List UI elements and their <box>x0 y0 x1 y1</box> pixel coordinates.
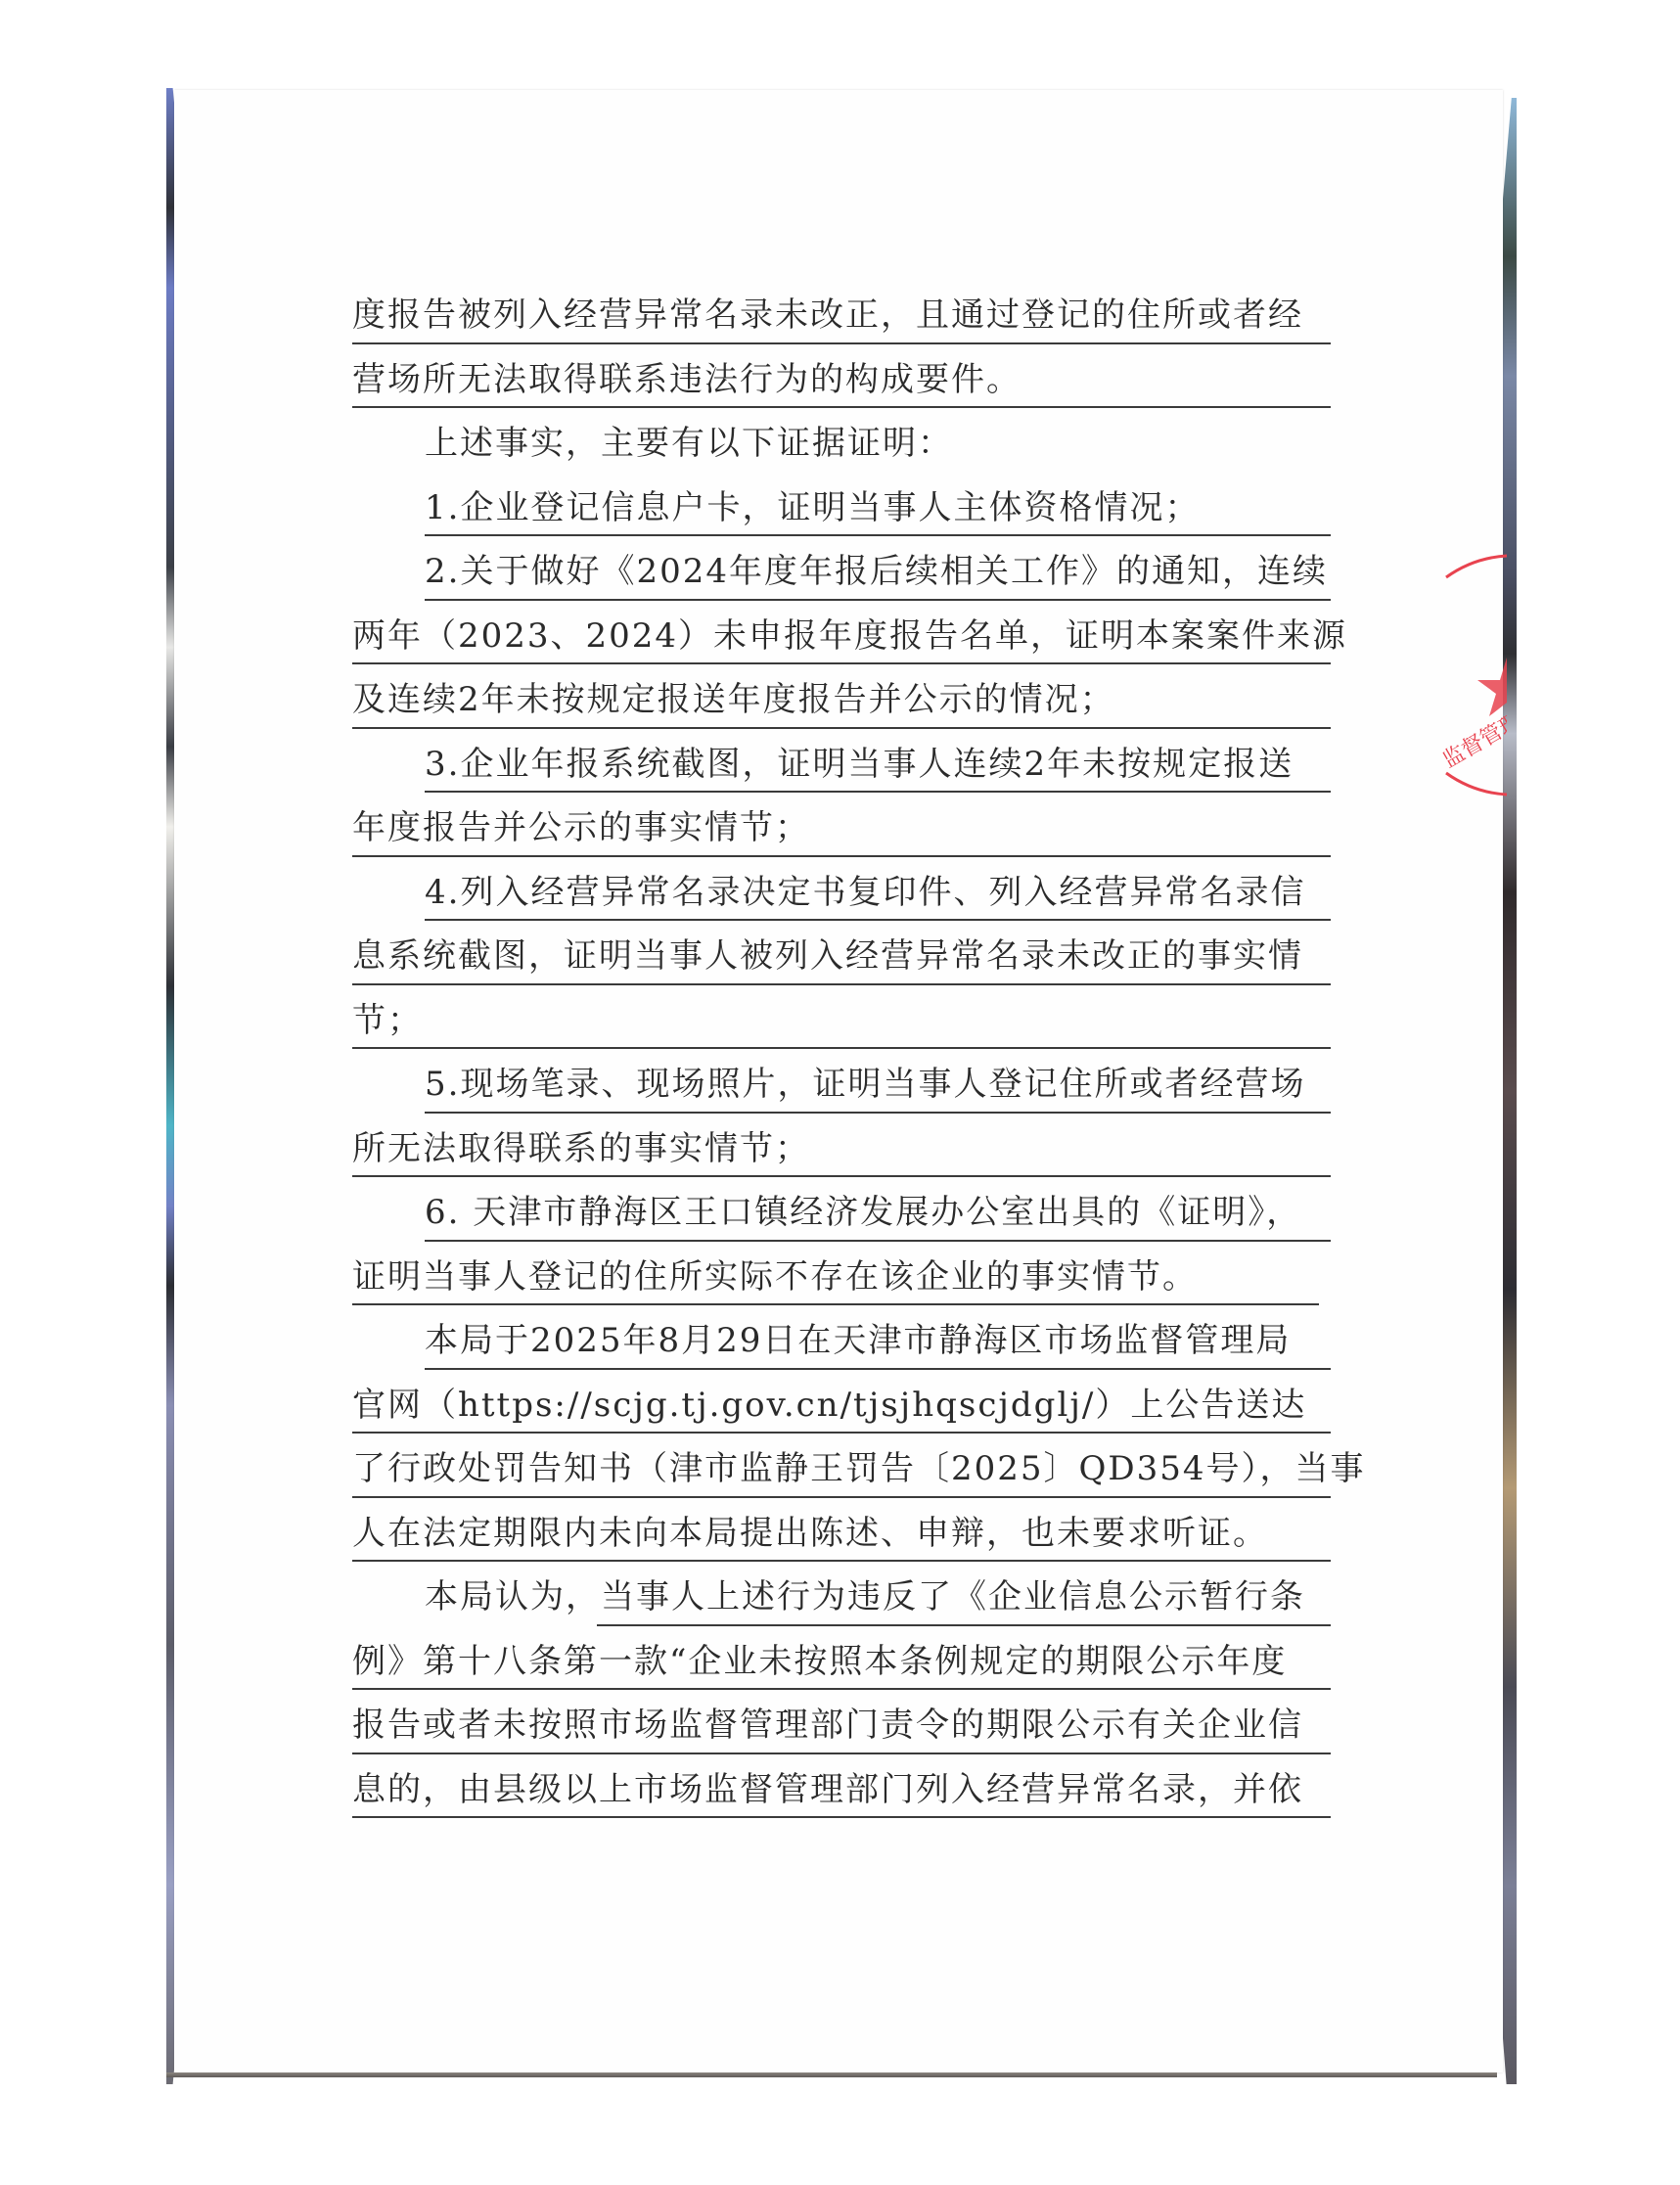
body-line-1: 度报告被列入经营异常名录未改正，且通过登记的住所或者经 <box>352 294 1331 358</box>
evidence-item-4-cont: 息系统截图，证明当事人被列入经营异常名录未改正的事实情 <box>352 934 1331 999</box>
evidence-item-6: 6. 天津市静海区王口镇经济发展办公室出具的《证明》， <box>352 1191 1331 1255</box>
finding-paragraph: 本局认为，当事人上述行为违反了《企业信息公示暂行条 <box>352 1575 1331 1640</box>
page-bottom-edge <box>166 2072 1497 2077</box>
notice-paragraph: 本局于2025年8月29日在天津市静海区市场监督管理局 <box>352 1319 1331 1384</box>
notice-paragraph-cont: 了行政处罚告知书（津市监静王罚告〔2025〕QD354号），当事 <box>352 1447 1331 1512</box>
finding-paragraph-cont: 息的，由县级以上市场监督管理部门列入经营异常名录，并依 <box>352 1768 1331 1833</box>
evidence-item-2: 2.关于做好《2024年度年报后续相关工作》的通知，连续 <box>352 550 1331 615</box>
evidence-intro: 上述事实，主要有以下证据证明： <box>352 422 1331 486</box>
document-body: 度报告被列入经营异常名录未改正，且通过登记的住所或者经 营场所无法取得联系违法行… <box>352 294 1331 1832</box>
evidence-item-6-cont: 证明当事人登记的住所实际不存在该企业的事实情节。 <box>352 1255 1331 1320</box>
evidence-item-4-cont: 节； <box>352 999 1331 1064</box>
official-seal: 监督管理局 <box>1389 548 1507 802</box>
notice-paragraph-cont: 人在法定期限内未向本局提出陈述、申辩，也未要求听证。 <box>352 1512 1331 1576</box>
evidence-item-3: 3.企业年报系统截图，证明当事人连续2年未按规定报送 <box>352 743 1331 807</box>
evidence-item-4: 4.列入经营异常名录决定书复印件、列入经营异常名录信 <box>352 871 1331 935</box>
body-line-2: 营场所无法取得联系违法行为的构成要件。 <box>352 358 1331 423</box>
star-icon: 监督管理局 <box>1389 548 1507 802</box>
notice-paragraph-cont: 官网（https://scjg.tj.gov.cn/tjsjhqscjdglj/… <box>352 1384 1331 1448</box>
evidence-item-2-cont: 及连续2年未按规定报送年度报告并公示的情况； <box>352 678 1331 743</box>
evidence-item-1: 1.企业登记信息户卡，证明当事人主体资格情况； <box>352 486 1331 551</box>
finding-paragraph-cont: 报告或者未按照市场监督管理部门责令的期限公示有关企业信 <box>352 1704 1331 1768</box>
evidence-item-5: 5.现场笔录、现场照片，证明当事人登记住所或者经营场 <box>352 1063 1331 1127</box>
evidence-item-2-cont: 两年（2023、2024）未申报年度报告名单，证明本案案件来源 <box>352 615 1331 679</box>
evidence-item-5-cont: 所无法取得联系的事实情节； <box>352 1127 1331 1192</box>
evidence-item-3-cont: 年度报告并公示的事实情节； <box>352 806 1331 871</box>
finding-paragraph-cont: 例》第十八条第一款“企业未按照本条例规定的期限公示年度 <box>352 1640 1331 1705</box>
